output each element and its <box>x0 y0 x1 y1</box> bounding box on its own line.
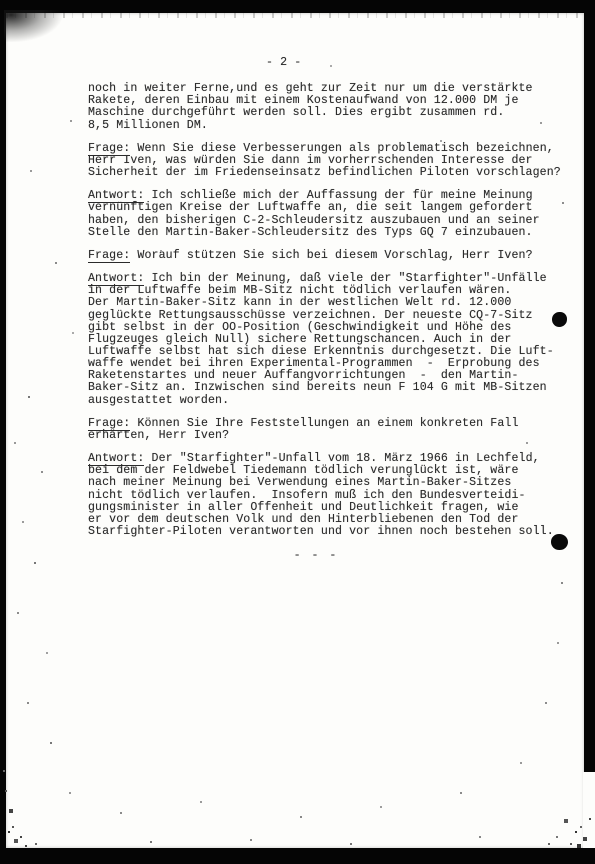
text-paragraph: noch in weiter Ferne,und es geht zur Zei… <box>88 83 568 132</box>
answer-label: Antwort: <box>88 189 144 203</box>
qa-paragraph: Frage: Wenn Sie diese Verbesserungen als… <box>88 143 568 179</box>
scan-edge-grain <box>6 12 584 18</box>
question-label: Frage: <box>88 417 130 431</box>
qa-paragraph: Antwort: Ich bin der Meinung, daß viele … <box>88 273 568 407</box>
scan-border-fade <box>583 772 595 848</box>
end-of-text-mark: - - - <box>88 550 568 562</box>
question-label: Frage: <box>88 142 130 156</box>
answer-label: Antwort: <box>88 452 144 466</box>
qa-paragraph: Frage: Worauf stützen Sie sich bei diese… <box>88 250 568 262</box>
qa-paragraph: Frage: Können Sie Ihre Feststellungen an… <box>88 418 568 442</box>
page-number: - 2 - <box>266 57 568 69</box>
paragraphs: noch in weiter Ferne,und es geht zur Zei… <box>88 83 568 538</box>
answer-label: Antwort: <box>88 272 144 286</box>
scanned-page: - 2 - noch in weiter Ferne,und es geht z… <box>6 13 584 848</box>
photocopy-corner-speckle <box>0 0 2 2</box>
typewritten-content: - 2 - noch in weiter Ferne,und es geht z… <box>88 57 568 562</box>
ink-dot-mark-bottom <box>551 534 568 550</box>
ink-dot-mark-top <box>552 312 567 327</box>
qa-paragraph: Antwort: Ich schließe mich der Auffassun… <box>88 190 568 239</box>
scan-corner-smudge <box>4 10 62 42</box>
qa-paragraph: Antwort: Der "Starfighter"-Unfall vom 18… <box>88 453 568 538</box>
question-label: Frage: <box>88 249 130 263</box>
